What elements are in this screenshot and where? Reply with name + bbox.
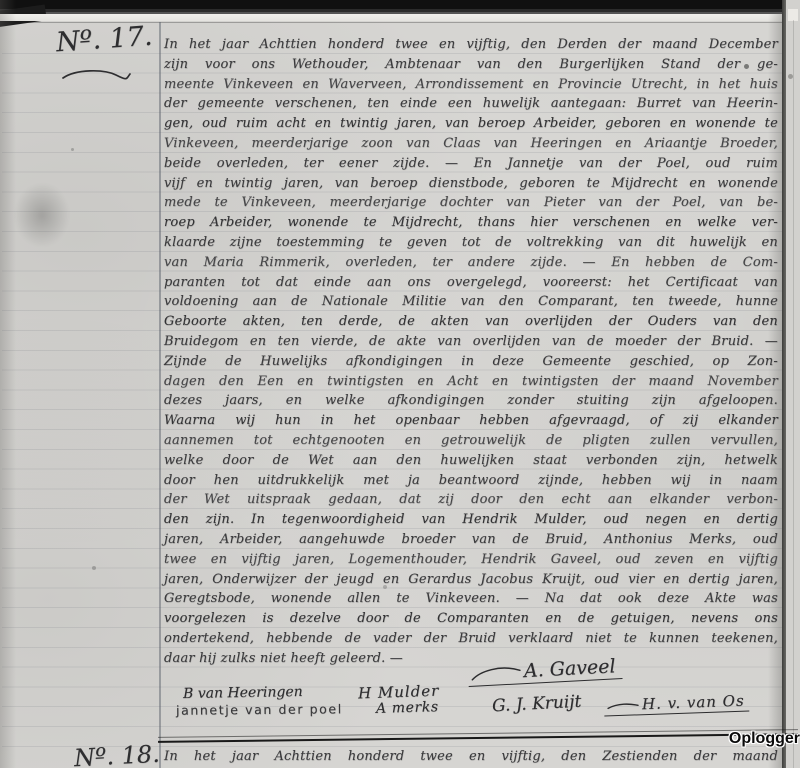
act17-text-line: Vinkeveen, meerderjarige zoon van Claas … xyxy=(164,134,778,154)
act-number-18: Nº. 18. xyxy=(73,740,160,768)
act17-text-line: Geboorte akten, ten derde, de akten van … xyxy=(164,312,778,332)
act17-text-line: van Maria Rimmerik, overleden, ter ander… xyxy=(164,253,778,273)
act17-text-line: der Wet uitspraak gedaan, dat zij door d… xyxy=(164,490,778,510)
act17-text-line: welke door de Wet aan den huwelijken sta… xyxy=(164,451,778,471)
paper-top-edge-highlight xyxy=(0,14,800,21)
act17-text-line: voldoening aan de Nationale Militie van … xyxy=(164,292,778,312)
ink-speck xyxy=(71,148,74,151)
signature-text: H. v. van Os xyxy=(642,692,745,714)
act17-text-line: der gemeente verschenen, ten einde een h… xyxy=(164,94,778,114)
ink-smudge xyxy=(12,180,72,250)
ink-speck xyxy=(788,74,793,79)
act17-text-line: twee en vijftig jaren, Logementhouder, H… xyxy=(164,550,778,570)
signature-jannetje-van-der-poel: jannetje van der poel xyxy=(176,701,343,717)
ink-speck xyxy=(92,566,96,570)
act17-text-line: Zijnde de Huwelijks afkondigingen in dez… xyxy=(164,352,778,372)
act17-text-line: door hen uitdrukkelijk met ja beantwoord… xyxy=(164,471,778,491)
act17-text-line: jaren, Onderwijzer der jeugd en Gerardus… xyxy=(164,570,778,590)
signature-text: A. Gaveel xyxy=(523,655,616,682)
scanned-register-page: Nº. 17. In het jaar Achttien honderd twe… xyxy=(0,0,800,768)
act17-text-line: Waarna wij hun in het openbaar hebben af… xyxy=(164,411,778,431)
act17-text-line: Geregtsbode, wonende allen te Vinkeveen.… xyxy=(164,589,778,609)
act17-text-line: beide overleden, ter eener zijde. — En J… xyxy=(164,154,778,174)
act17-text-line: voorgelezen is dezelve door de Comparant… xyxy=(164,609,778,629)
margin-rule-line xyxy=(159,22,161,768)
act17-text-line: ondertekend, hebbende de vader der Bruid… xyxy=(164,629,778,649)
act17-text-line: gen, oud ruim acht en twintig jaren, van… xyxy=(164,114,778,134)
act17-text-line: jaren, Arbeider, aangehuwde broeder van … xyxy=(164,530,778,550)
signature-flourish xyxy=(470,665,523,682)
act17-text-line: In het jaar Achttien honderd twee en vij… xyxy=(164,35,778,55)
signature-van-heeringen: B van Heeringen xyxy=(183,684,303,702)
act17-text-line: mede te Vinkeveen, meerderjarige dochter… xyxy=(164,193,778,213)
act17-text-line: meente Vinkeveen en Waverveen, Arrondiss… xyxy=(164,75,778,95)
act17-text-line: zijn voor ons Wethouder, Ambtenaar van d… xyxy=(164,55,778,75)
act17-text-line: den zijn. In tegenwoordigheid van Hendri… xyxy=(164,510,778,530)
signature-merks: A merks xyxy=(376,699,439,717)
act17-body-text: In het jaar Achttien honderd twee en vij… xyxy=(164,35,778,669)
act17-text-line: roep Arbeider, wonende te Mijdrecht, tha… xyxy=(164,213,778,233)
number-underline-flourish xyxy=(60,66,132,82)
signature-flourish xyxy=(606,700,640,711)
act18-text-line: In het jaar Achttien honderd twee en vij… xyxy=(164,747,778,767)
act17-text-line: Bruidegom en ten vierde, de akte van ove… xyxy=(164,332,778,352)
act17-text-line: klaarde zijne toestemming te geven tot d… xyxy=(164,233,778,253)
act17-text-line: paranten tot dat einde aan ons overgeleg… xyxy=(164,273,778,293)
oplogger-watermark: Oplogger xyxy=(712,730,800,748)
scan-top-edge xyxy=(0,0,800,14)
act17-text-line: vijf en twintig jaren, van beroep dienst… xyxy=(164,174,778,194)
act17-text-line: aannemen tot echtgenooten en getrouwelij… xyxy=(164,431,778,451)
act17-text-line: dagen den Een en twintigsten en Acht en … xyxy=(164,372,778,392)
adjacent-page-edge xyxy=(786,0,800,768)
act17-text-line: dezes jaars, en welke afkondigingen zond… xyxy=(164,391,778,411)
